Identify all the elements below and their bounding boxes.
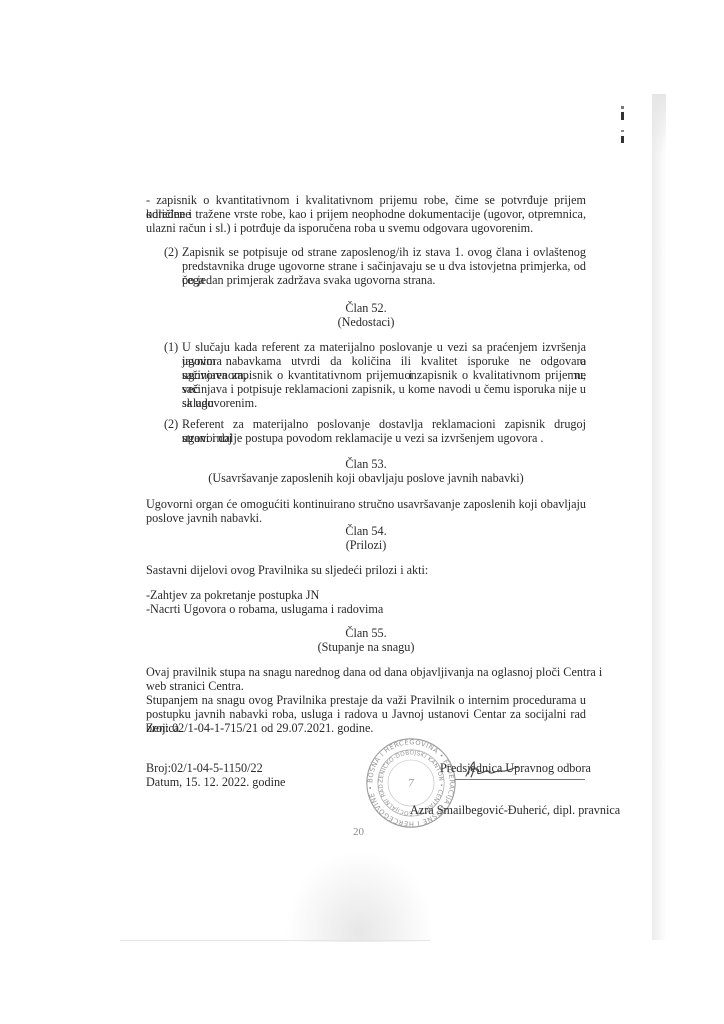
scan-edge-shadow-top — [652, 94, 666, 154]
margin-mark-icon — [621, 106, 624, 109]
margin-mark-icon — [621, 136, 624, 143]
document-date: Datum, 15. 12. 2022. godine — [146, 775, 285, 789]
paragraph-line: po jedan primjerak zadržava svaka ugovor… — [182, 273, 435, 287]
article-title: (Nedostaci) — [146, 315, 586, 329]
paragraph-line: Ugovorni organ će omogućiti kontinuirano… — [146, 497, 586, 511]
paragraph-line: broj: 02/1-04-1-715/21 od 29.07.2021. go… — [146, 721, 373, 735]
paragraph-line: Stupanjem na snagu ovog Pravilnika prest… — [146, 693, 586, 707]
paragraph-line: poslove javnih nabavki. — [146, 511, 262, 525]
paragraph-line: Sastavni dijelovi ovog Pravilnika su slj… — [146, 563, 428, 577]
list-item: -Nacrti Ugovora o robama, uslugama i rad… — [146, 602, 383, 616]
article-number: Član 52. — [146, 301, 586, 315]
scan-bottom-edge — [120, 940, 430, 941]
article-number: Član 55. — [146, 626, 586, 640]
margin-mark-icon — [621, 130, 624, 132]
paragraph-line: web stranici Centra. — [146, 679, 244, 693]
scan-edge-shadow — [652, 94, 666, 940]
article-title: (Stupanje na snagu) — [146, 640, 586, 654]
intro-bullet-line: količine i tražene vrste robe, kao i pri… — [146, 207, 586, 221]
paragraph-line: Ovaj pravilnik stupa na snagu narednog d… — [146, 665, 602, 679]
margin-mark-icon — [621, 112, 624, 120]
paragraph-line: Zapisnik se potpisuje od strane zaposlen… — [182, 245, 586, 259]
paragraph-line: strani i dalje postupa povodom reklamaci… — [182, 431, 543, 445]
scanned-page: - zapisnik o kvantitativnom i kvalitativ… — [0, 0, 724, 1024]
document-reference-number: Broj:02/1-04-5-1150/22 — [146, 761, 263, 775]
article-number: Član 53. — [146, 457, 586, 471]
scan-smudge — [285, 850, 435, 942]
intro-bullet-line: ulazni račun i sl.) i potrđuje da isporu… — [146, 221, 533, 235]
signature-line — [455, 779, 585, 780]
article-title: (Usavršavanje zaposlenih koji obavljaju … — [146, 471, 586, 485]
paragraph-number: (2) — [164, 417, 178, 431]
paragraph-line: sa ugovorenim. — [182, 396, 257, 410]
list-item: -Zahtjev za pokretanje postupka JN — [146, 588, 319, 602]
article-number: Član 54. — [146, 524, 586, 538]
paragraph-number: (1) — [164, 340, 178, 354]
paragraph-number: (2) — [164, 245, 178, 259]
handwritten-signature-icon — [462, 759, 524, 781]
stamp-center: 7 — [408, 779, 415, 790]
article-title: (Prilozi) — [146, 538, 586, 552]
signatory-name: Azra Smailbegović-Đuherić, dipl. pravnic… — [410, 803, 620, 817]
page-number: 20 — [353, 826, 364, 838]
